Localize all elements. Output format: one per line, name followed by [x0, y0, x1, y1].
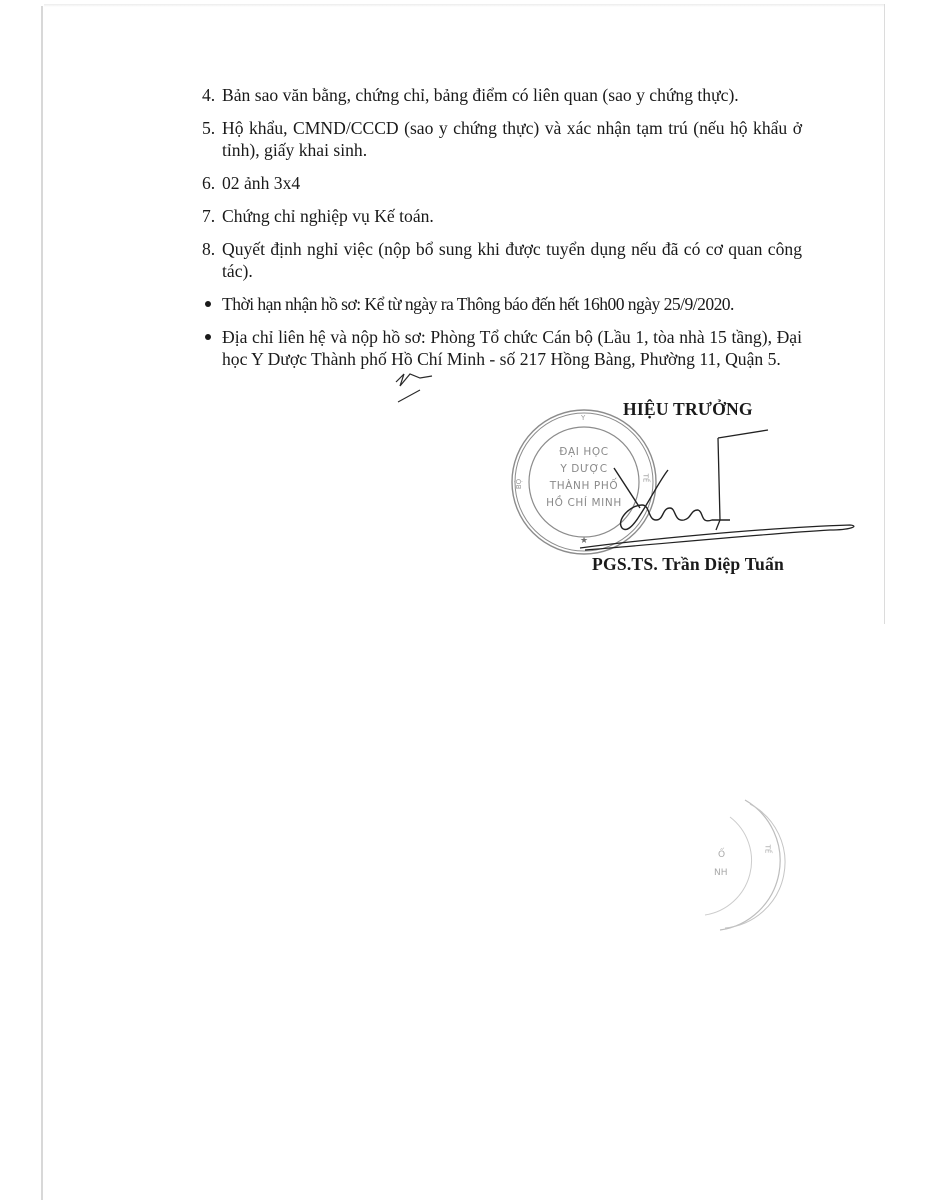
bullet-icon	[205, 301, 211, 307]
item-number: 4.	[202, 84, 215, 106]
list-item: 5. Hộ khẩu, CMND/CCCD (sao y chứng thực)…	[202, 117, 802, 161]
item-number: 8.	[202, 238, 215, 260]
stamp-bleedthrough: Ố NH TẾ	[700, 795, 790, 935]
item-text: Bản sao văn bằng, chứng chỉ, bảng điểm c…	[222, 85, 739, 105]
ghost-text: NH	[714, 868, 728, 878]
signatory-name: PGS.TS. Trần Diệp Tuấn	[592, 554, 784, 575]
list-item: 4. Bản sao văn bằng, chứng chỉ, bảng điể…	[202, 84, 802, 106]
official-stamp: Y BỘ TẾ ★ ĐẠI HỌC Y DƯỢC THÀNH PHỐ HỒ CH…	[510, 408, 658, 556]
stamp-rim-right: TẾ	[641, 474, 649, 483]
stamp-line: Y DƯỢC	[534, 463, 634, 475]
list-item: 8. Quyết định nghỉ việc (nộp bổ sung khi…	[202, 238, 802, 282]
stamp-rim-top: Y	[581, 414, 585, 422]
bullet-text: Thời hạn nhận hồ sơ: Kể từ ngày ra Thông…	[222, 294, 734, 314]
ghost-stamp-rings-icon	[700, 795, 790, 935]
ghost-text: Ố	[718, 850, 725, 860]
address-bullet: Địa chỉ liên hệ và nộp hồ sơ: Phòng Tổ c…	[202, 326, 802, 370]
document-body: 4. Bản sao văn bằng, chứng chỉ, bảng điể…	[202, 84, 802, 381]
signature-icon	[716, 430, 768, 530]
item-text: Quyết định nghỉ việc (nộp bổ sung khi đư…	[222, 239, 802, 281]
item-number: 7.	[202, 205, 215, 227]
bullet-text: Địa chỉ liên hệ và nộp hồ sơ: Phòng Tổ c…	[222, 327, 802, 369]
stamp-rim-left: BỘ	[515, 479, 523, 489]
item-text: 02 ảnh 3x4	[222, 173, 300, 193]
ghost-rim-text: TẾ	[763, 845, 771, 854]
item-number: 5.	[202, 117, 215, 139]
item-text: Chứng chỉ nghiệp vụ Kế toán.	[222, 206, 434, 226]
list-item: 7. Chứng chỉ nghiệp vụ Kế toán.	[202, 205, 802, 227]
page-left-edge	[41, 6, 43, 1200]
page-right-edge	[884, 4, 885, 624]
stamp-star-icon: ★	[580, 536, 588, 546]
bullet-icon	[205, 334, 211, 340]
deadline-bullet: Thời hạn nhận hồ sơ: Kể từ ngày ra Thông…	[202, 293, 802, 315]
list-item: 6. 02 ảnh 3x4	[202, 172, 802, 194]
item-number: 6.	[202, 172, 215, 194]
page-top-edge	[44, 4, 884, 7]
stamp-line: ĐẠI HỌC	[534, 446, 634, 458]
stamp-line: HỒ CHÍ MINH	[534, 497, 634, 509]
item-text: Hộ khẩu, CMND/CCCD (sao y chứng thực) và…	[222, 118, 802, 160]
stamp-line: THÀNH PHỐ	[534, 480, 634, 492]
